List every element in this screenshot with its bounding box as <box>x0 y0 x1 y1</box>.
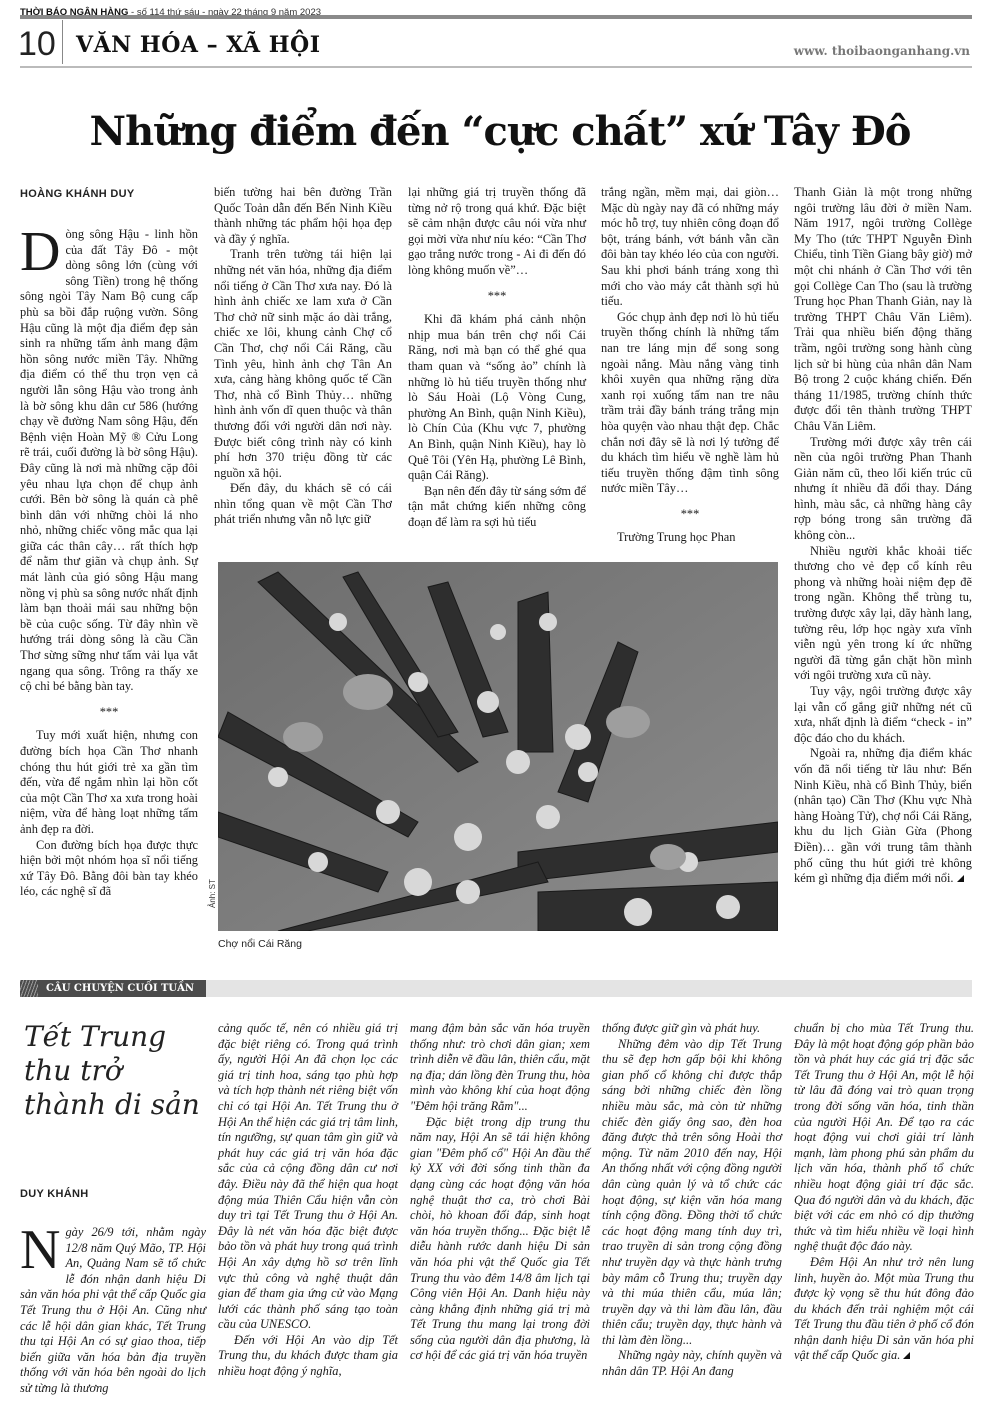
article-paragraph: Tranh trên tường tái hiện lại những nét … <box>214 247 392 481</box>
article-paragraph: chuẩn bị cho mùa Tết Trung thu. Đây là m… <box>794 1021 974 1255</box>
end-mark-icon <box>903 1352 910 1359</box>
header-bottom-rule <box>20 66 972 68</box>
article-paragraph: Tuy mới xuất hiện, nhưng con đường bích … <box>20 728 198 837</box>
article-paragraph: Khi đã khám phá cảnh nhộn nhịp mua bán t… <box>408 312 586 484</box>
article-paragraph: Đặc biệt trong dịp trung thu năm nay, Hộ… <box>410 1115 590 1365</box>
article2-column-3: mang đậm bản sắc văn hóa truyền thống nh… <box>410 1021 590 1364</box>
article1-column-2: biến tường hai bên đường Trần Quốc Toản … <box>214 185 392 528</box>
article-paragraph: Tuy vậy, ngôi trường được xây lại vẫn cố… <box>794 684 972 746</box>
article-paragraph: Thanh Giản là một trong những ngôi trườn… <box>794 185 972 435</box>
article-paragraph: Trường Trung học Phan <box>601 530 779 546</box>
top-rule <box>20 15 972 19</box>
article-headline: Những điểm đến “cực chất” xứ Tây Đô <box>0 108 1000 155</box>
section-separator: *** <box>408 289 586 305</box>
article2-column-2: cảng quốc tế, nên có nhiều giá trị đặc b… <box>218 1021 398 1380</box>
article2-headline: Tết Trung thu trở thành di sản <box>24 1020 204 1122</box>
article1-column-4: trắng ngần, mềm mại, dai giòn… Mặc dù ng… <box>601 185 779 546</box>
article-author: HOÀNG KHÁNH DUY <box>20 188 135 200</box>
article-paragraph: Trường mới được xây trên cái nền của ngô… <box>794 435 972 544</box>
article-paragraph: Góc chụp ảnh đẹp nơi lò hủ tiếu truyền t… <box>601 310 779 497</box>
article1-column-3: lại những giá trị truyền thống đã từng n… <box>408 185 586 530</box>
article-paragraph: biến tường hai bên đường Trần Quốc Toản … <box>214 185 392 247</box>
article-paragraph: Đêm Hội An như trở nên lung linh, huyền … <box>794 1255 974 1364</box>
article-paragraph: lại những giá trị truyền thống đã từng n… <box>408 185 586 279</box>
boats-photo-illustration <box>218 562 778 931</box>
article-paragraph: Con đường bích họa được thực hiện bởi mộ… <box>20 838 198 900</box>
drop-cap: D <box>20 229 60 275</box>
article-paragraph: thống được giữ gìn và phát huy. <box>602 1021 782 1037</box>
page-number: 10 <box>18 27 56 61</box>
article-paragraph: Nhiều người khắc khoải tiếc thương cho v… <box>794 544 972 684</box>
article2-column-1: Ngày 26/9 tới, nhằm ngày 12/8 năm Quý Mã… <box>20 1225 206 1397</box>
section-separator: *** <box>601 507 779 523</box>
end-mark-icon <box>957 875 964 882</box>
article1-column-1: Dòng sông Hậu - linh hồn của đất Tây Đô … <box>20 227 198 900</box>
article-paragraph: Ngoài ra, những địa điểm khác vốn đã nổi… <box>794 746 972 886</box>
section-band-label: CÂU CHUYỆN CUỐI TUẦN <box>20 980 206 997</box>
photo-caption: Chợ nổi Cái Răng <box>218 938 302 950</box>
article-paragraph: Ngày 26/9 tới, nhằm ngày 12/8 năm Quý Mã… <box>20 1225 206 1397</box>
hatch-decoration-icon <box>20 980 38 997</box>
article-paragraph: Những ngày này, chính quyền và nhân dân … <box>602 1348 782 1379</box>
article-paragraph: trắng ngần, mềm mại, dai giòn… Mặc dù ng… <box>601 185 779 310</box>
section-title: VĂN HÓA – XÃ HỘI <box>76 32 321 58</box>
article-paragraph: Đến đây, du khách sẽ có cái nhìn tổng qu… <box>214 481 392 528</box>
article2-column-4: thống được giữ gìn và phát huy. Những đê… <box>602 1021 782 1380</box>
article-paragraph: Đến với Hội An vào dịp Tết Trung thu, du… <box>218 1333 398 1380</box>
article2-column-5: chuẩn bị cho mùa Tết Trung thu. Đây là m… <box>794 1021 974 1364</box>
header-divider <box>62 20 63 64</box>
photo-credit: Ảnh: ST <box>208 878 217 908</box>
website-link[interactable]: www. thoibaonganhang.vn <box>794 44 970 58</box>
article-paragraph: Dòng sông Hậu - linh hồn của đất Tây Đô … <box>20 227 198 695</box>
article-paragraph: cảng quốc tế, nên có nhiều giá trị đặc b… <box>218 1021 398 1333</box>
article1-column-5: Thanh Giản là một trong những ngôi trườn… <box>794 185 972 887</box>
article-paragraph: mang đậm bản sắc văn hóa truyền thống nh… <box>410 1021 590 1115</box>
floating-market-photo <box>218 562 778 931</box>
section-separator: *** <box>20 705 198 721</box>
article-paragraph: Những đêm vào dịp Tết Trung thu sẽ đẹp h… <box>602 1037 782 1349</box>
article2-author: DUY KHÁNH <box>20 1188 89 1200</box>
article-paragraph: Bạn nên đến đây từ sáng sớm để tận mắt c… <box>408 484 586 531</box>
drop-cap: N <box>20 1227 60 1273</box>
